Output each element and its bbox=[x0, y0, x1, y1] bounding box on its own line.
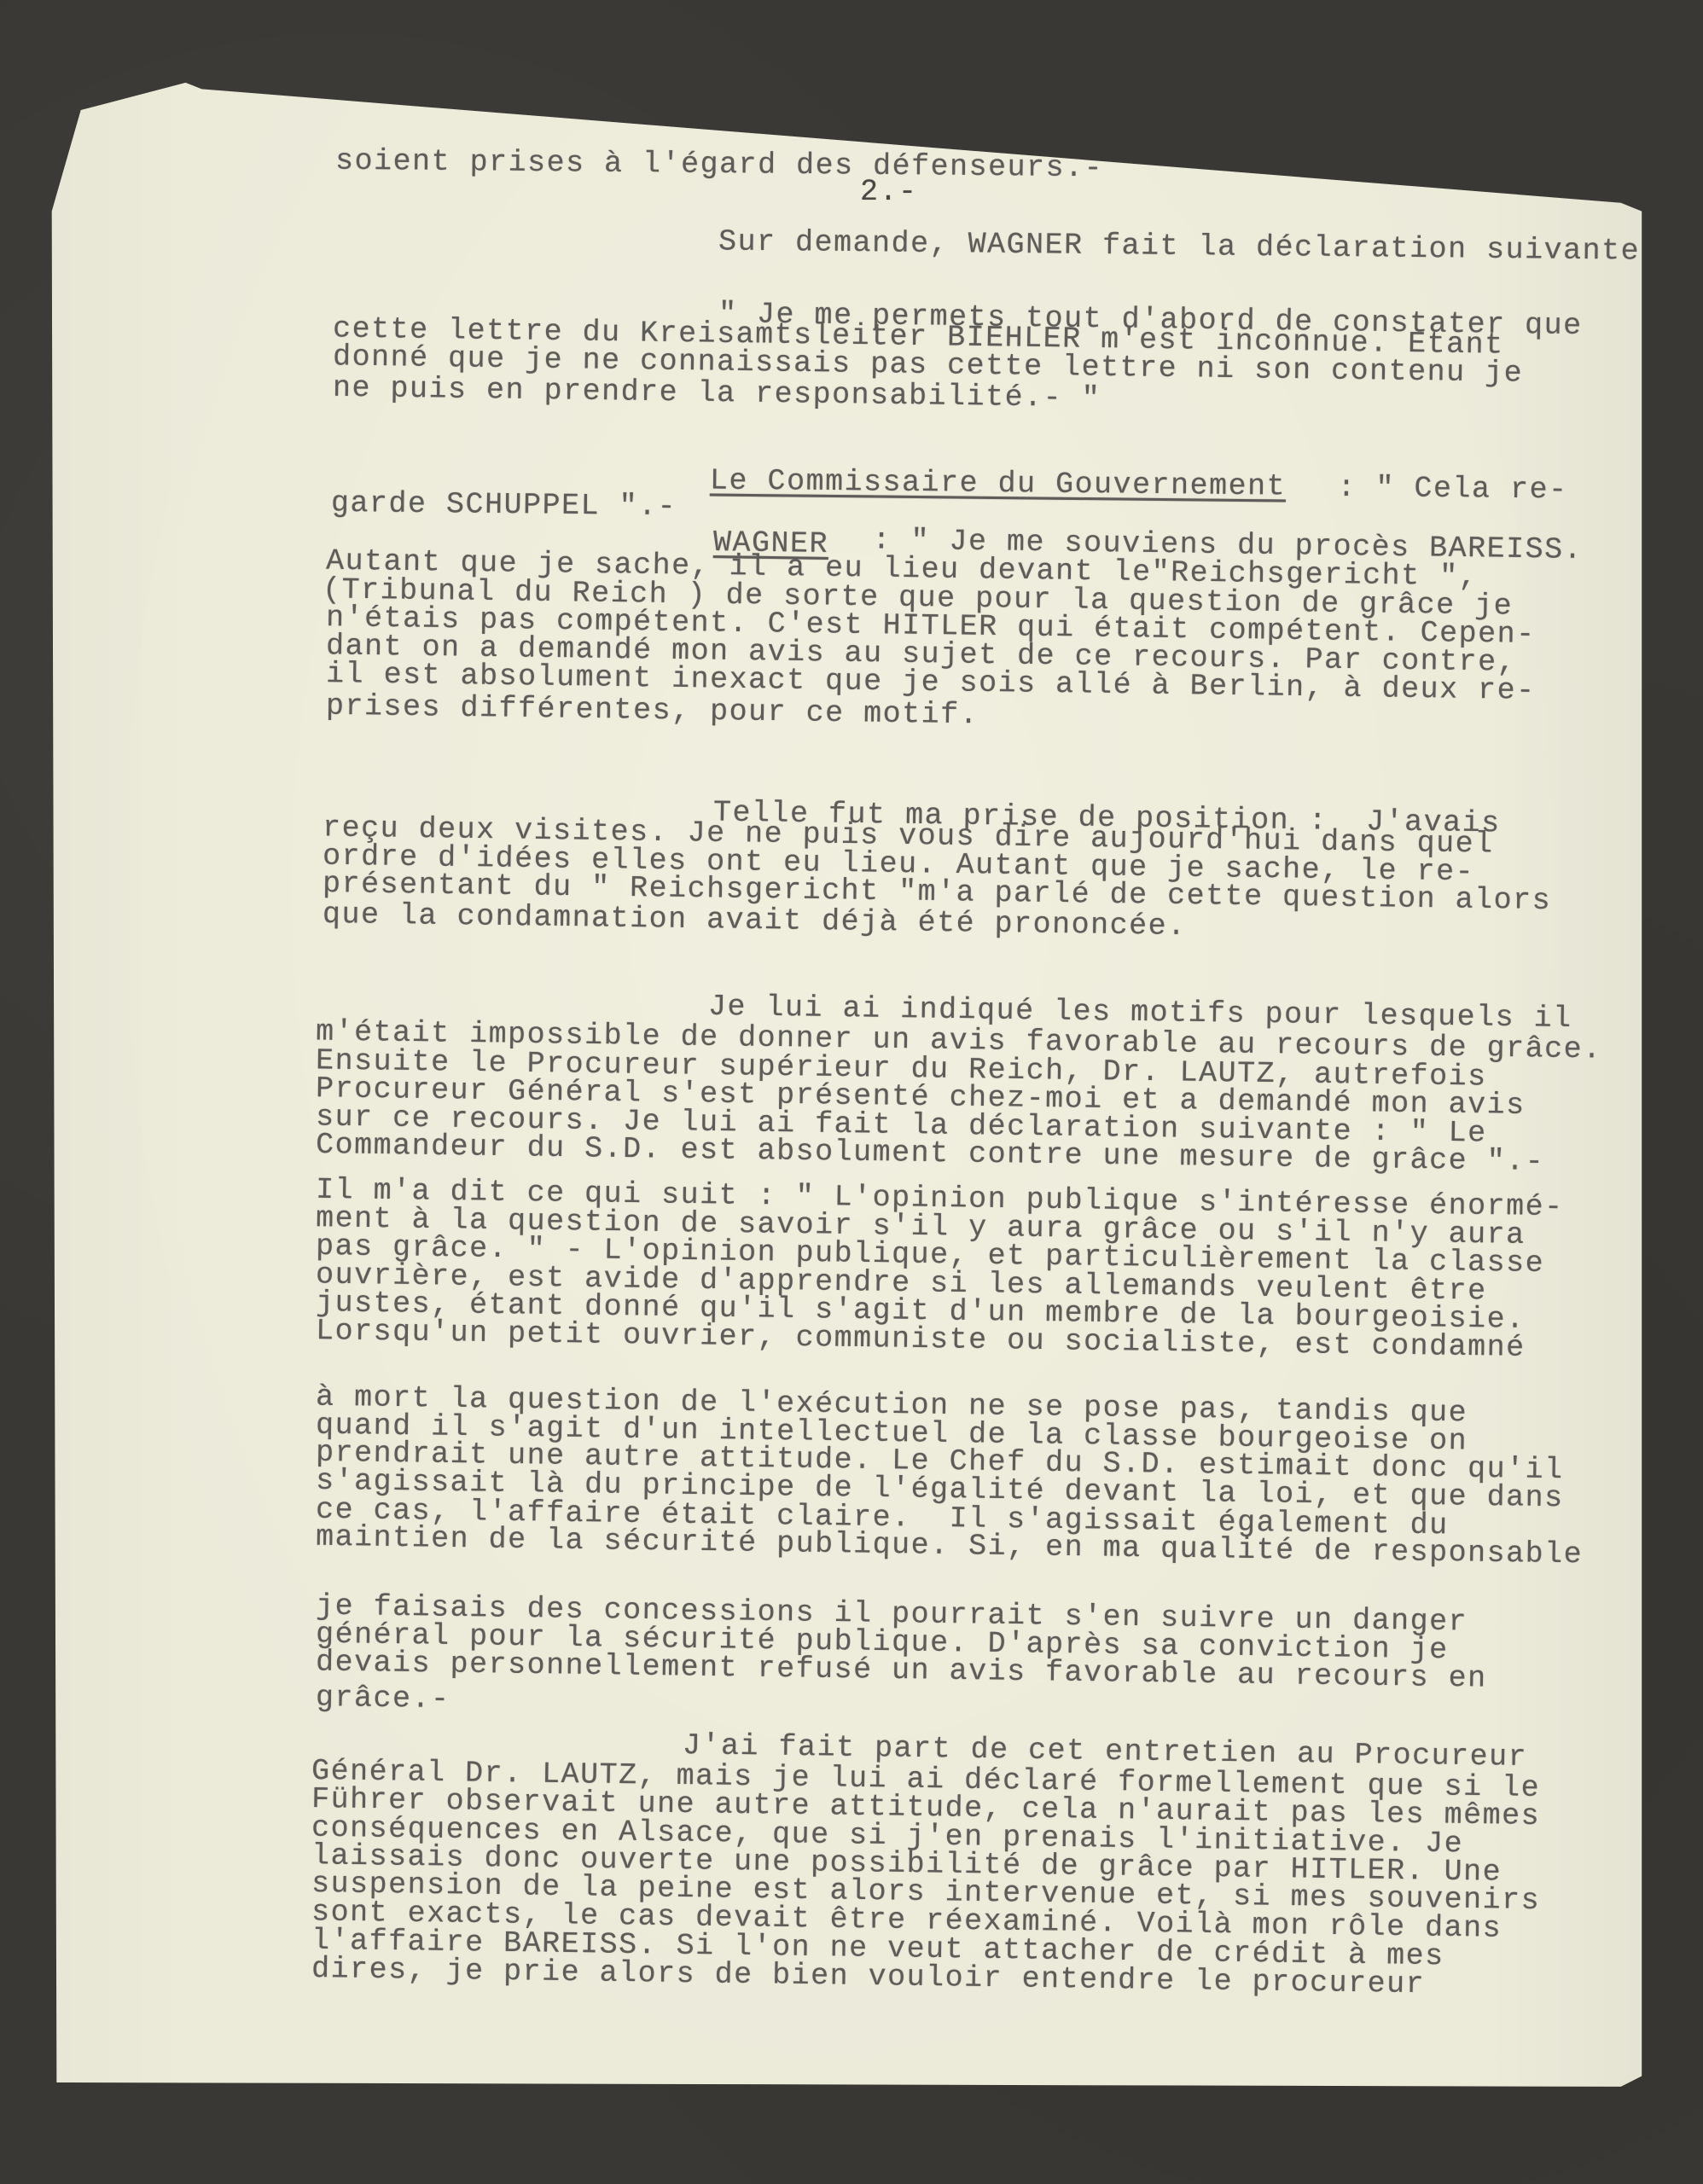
text-line: garde SCHUPPEL ".- bbox=[331, 489, 677, 522]
speaker-commissaire: Le Commissaire du Gouvernement bbox=[710, 466, 1286, 502]
text-line: : " Cela re- bbox=[1318, 473, 1568, 505]
text-line: grâce.- bbox=[316, 1683, 450, 1715]
text-line: soient prises à l'égard des défenseurs.- bbox=[335, 147, 1103, 184]
